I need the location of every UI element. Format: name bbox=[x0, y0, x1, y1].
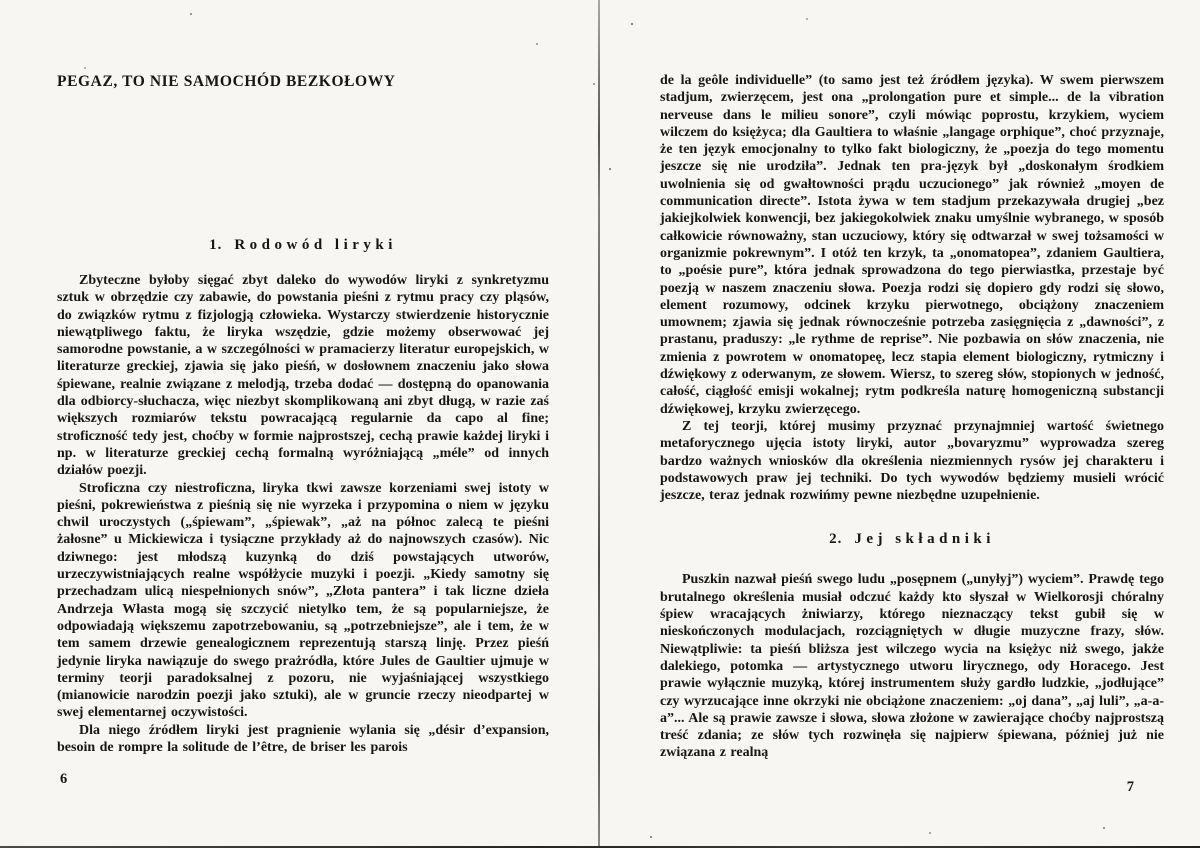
paragraph: de la geôle individuelle” (to samo jest … bbox=[660, 72, 1164, 418]
section-number: 2. bbox=[829, 531, 842, 547]
scan-noise-specks bbox=[0, 0, 2, 2]
left-page: PEGAZ, TO NIE SAMOCHÓD BEZKOŁOWY 1.Rodow… bbox=[57, 0, 549, 848]
page-number: 7 bbox=[1127, 779, 1134, 796]
paragraph: Zbyteczne byłoby sięgać zbyt daleko do w… bbox=[57, 272, 549, 480]
page-title: PEGAZ, TO NIE SAMOCHÓD BEZKOŁOWY bbox=[57, 73, 396, 91]
section-title: Jej składniki bbox=[854, 531, 995, 547]
section-heading-1: 1.Rodowód liryki bbox=[57, 237, 549, 254]
section-heading-2: 2.Jej składniki bbox=[660, 531, 1164, 548]
paragraph: Stroficzna czy niestroficzna, liryka tkw… bbox=[57, 480, 549, 722]
section-title: Rodowód liryki bbox=[234, 237, 397, 253]
page-number: 6 bbox=[60, 771, 67, 788]
section-number: 1. bbox=[209, 237, 222, 253]
right-page-body: de la geôle individuelle” (to samo jest … bbox=[660, 72, 1164, 762]
paragraph: Z tej teorji, której musimy przyznać prz… bbox=[660, 418, 1164, 504]
page-fold-divider bbox=[598, 0, 600, 848]
left-page-body: Zbyteczne byłoby sięgać zbyt daleko do w… bbox=[57, 272, 549, 756]
book-spread: PEGAZ, TO NIE SAMOCHÓD BEZKOŁOWY 1.Rodow… bbox=[0, 0, 1200, 848]
right-page: de la geôle individuelle” (to samo jest … bbox=[660, 0, 1164, 848]
paragraph: Puszkin nazwał pieśń swego ludu „posępne… bbox=[660, 571, 1164, 761]
paragraph: Dla niego źródłem liryki jest pragnienie… bbox=[57, 722, 549, 757]
